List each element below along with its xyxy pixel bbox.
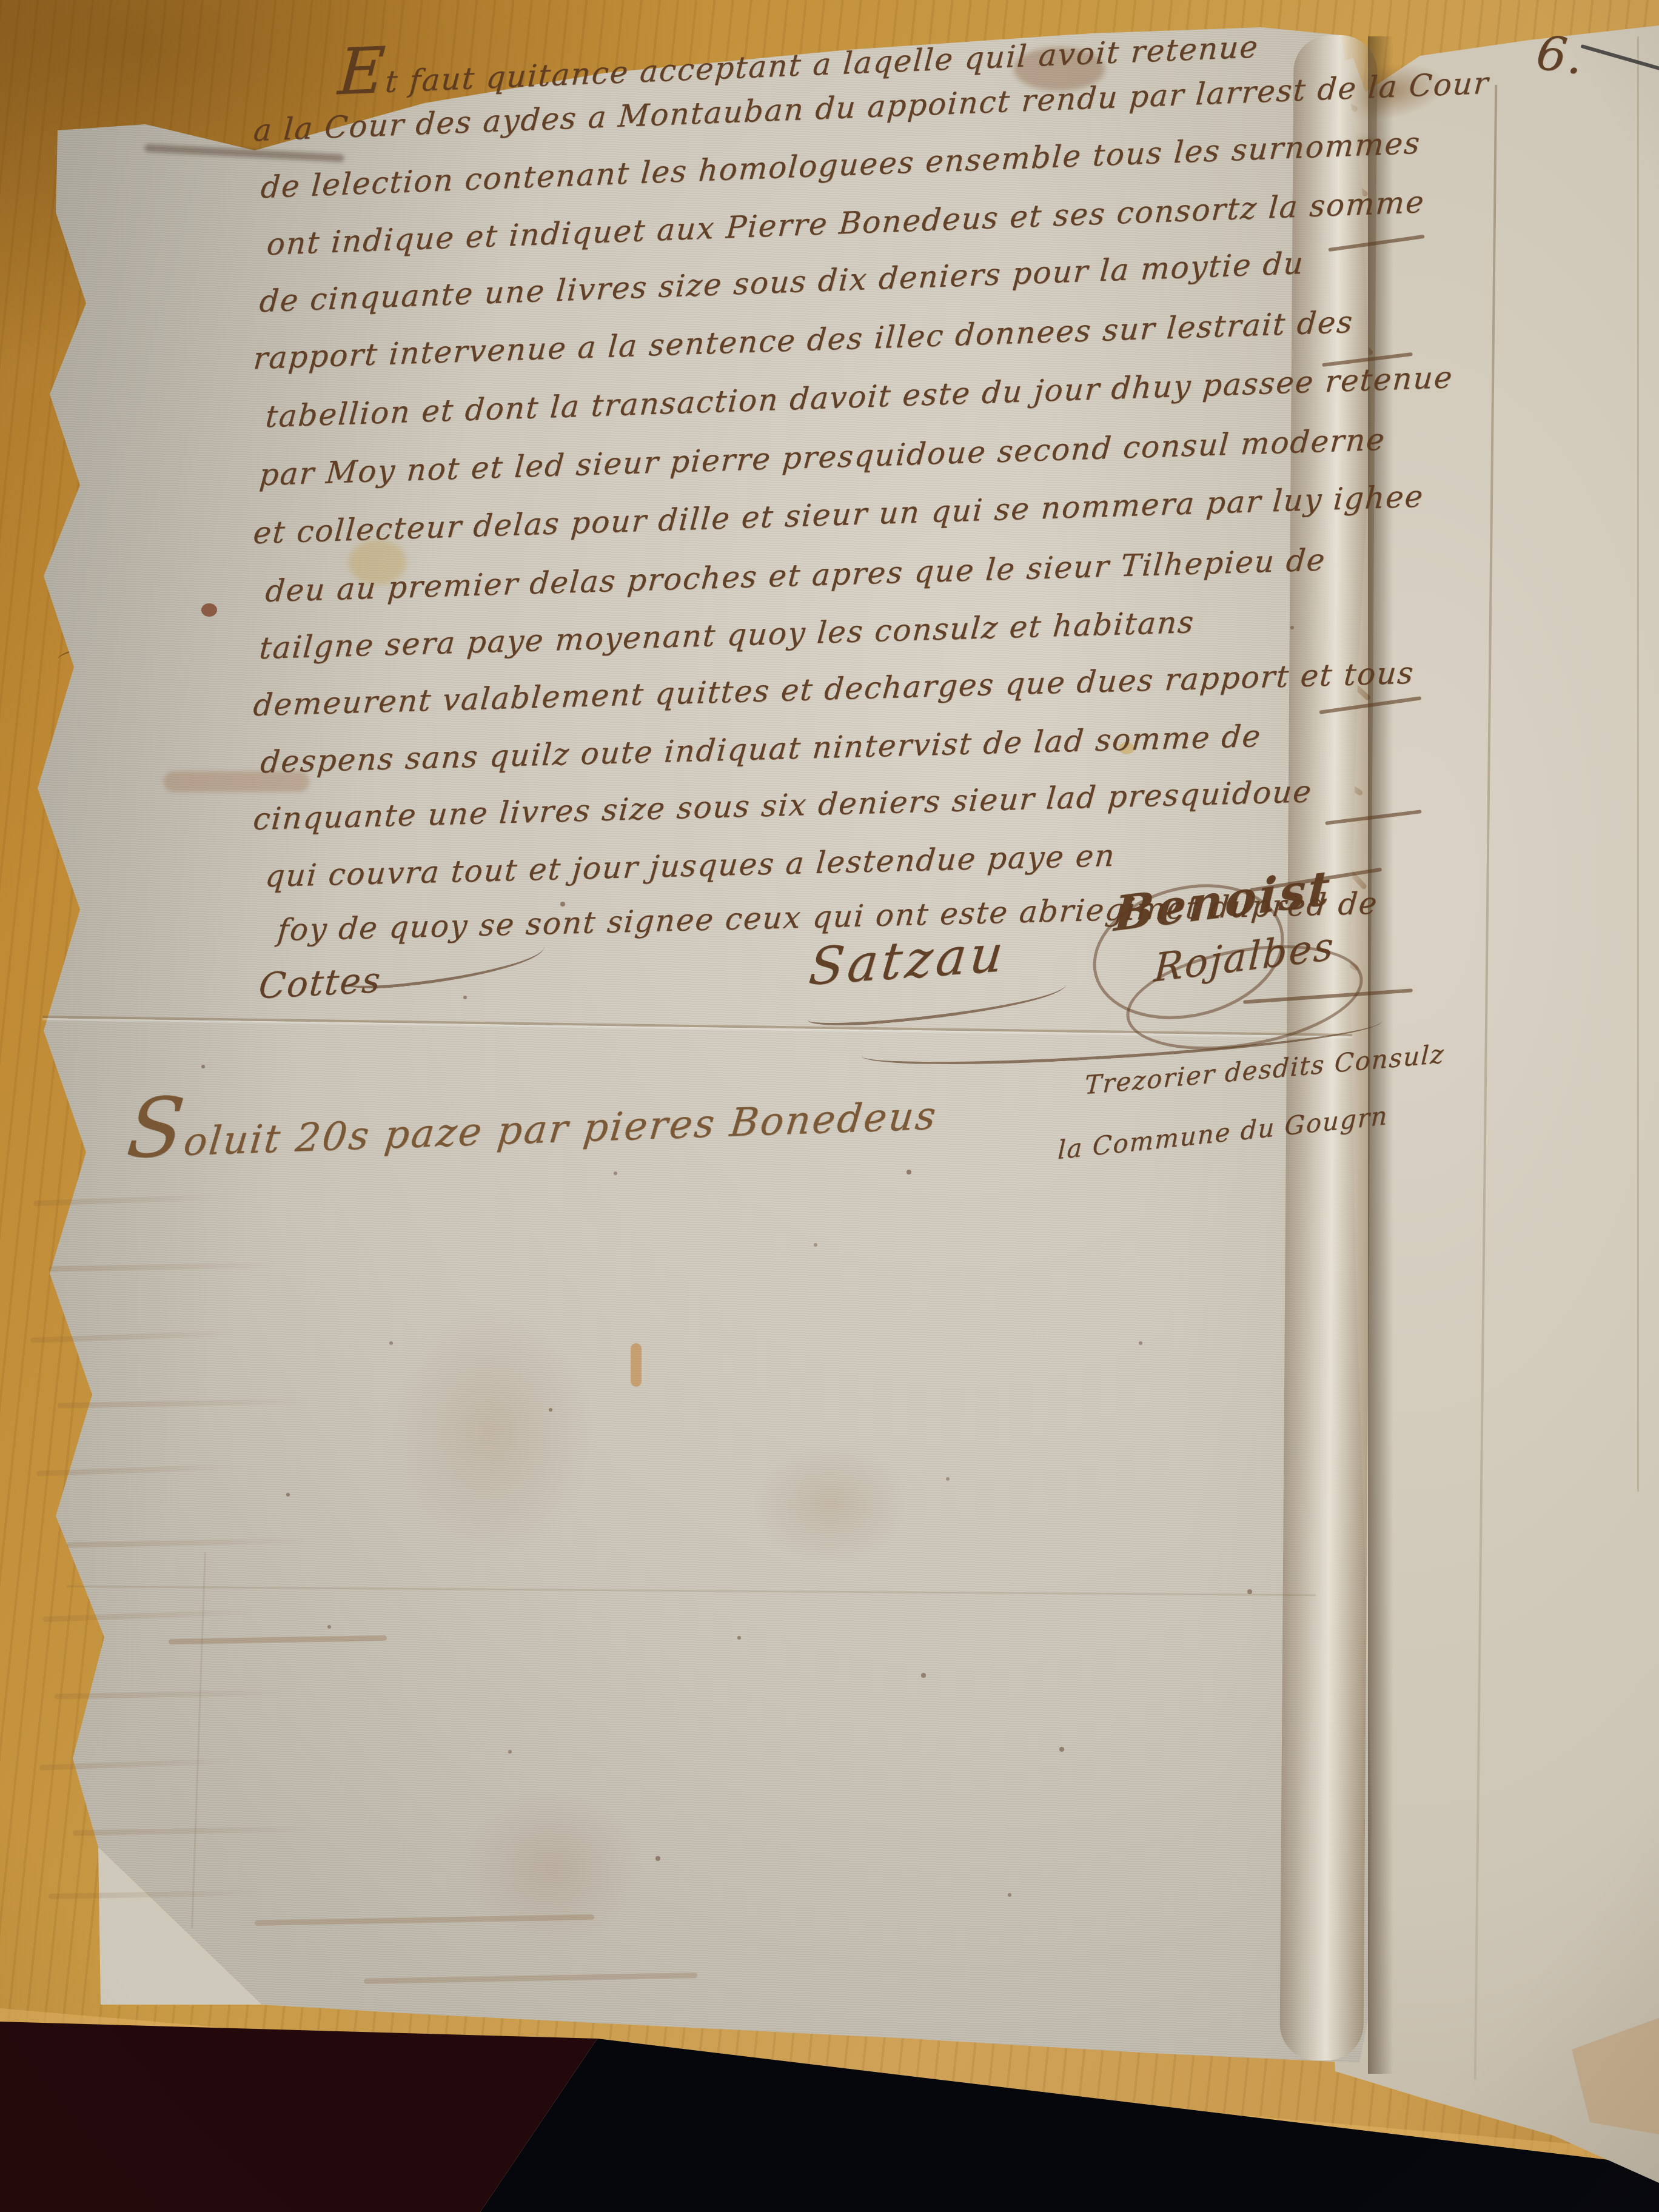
show-through-blob (388, 1304, 594, 1558)
photo-scene: 6. Et faut quitance acceptant a laqelle … (0, 0, 1659, 2212)
stack-corner-ink-mark: 6. (1533, 25, 1587, 85)
ink-spot-stain (201, 603, 217, 617)
show-through-blob (752, 1443, 910, 1564)
stacked-page-fold-crease-faint (1637, 36, 1639, 1492)
show-through-blob (461, 1789, 643, 1946)
orange-streak-stain (631, 1343, 642, 1387)
fly-specks (0, 0, 4, 4)
